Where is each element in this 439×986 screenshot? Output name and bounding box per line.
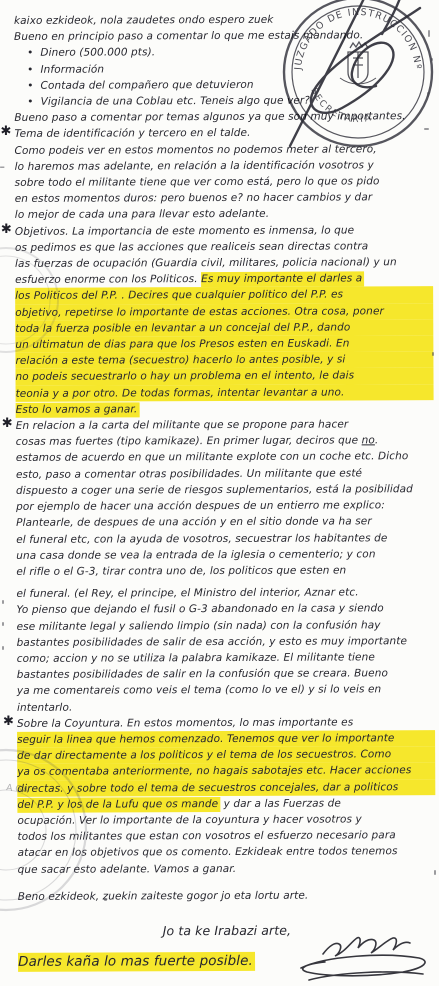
line-segment: relación a este tema (secuestro) hacerlo…	[15, 354, 345, 367]
line-segment: En relacion a la carta del militante que…	[16, 419, 349, 432]
line-segment: Plantearle, de despues de una acción y e…	[16, 516, 372, 530]
line-segment: Vigilancia de una Coblau etc. Teneis alg…	[41, 95, 310, 108]
handwritten-line: el funeral etc, con la ayuda de vosotros…	[16, 530, 434, 548]
handwritten-line: todos los militantes que estan con vosot…	[17, 827, 435, 845]
line-segment: cosas mas fuertes (tipo kamikaze). En pr…	[16, 435, 362, 449]
handwritten-line: un ultimatun de dias para que los Presos…	[15, 335, 433, 353]
handwritten-line: os pedimos es que las acciones que reali…	[15, 238, 433, 256]
star-marker-icon: ✱	[1, 222, 12, 238]
line-segment: directas. y sobre todo el tema de secues…	[17, 781, 398, 795]
bullet-marker-icon: •	[27, 61, 33, 77]
line-segment: .	[375, 435, 379, 447]
line-segment: Dinero (500.000 pts).	[40, 47, 155, 60]
line-segment: de dar directamente a los politicos y el…	[17, 748, 391, 762]
line-segment: toda la fuerza posible en levantar a un …	[15, 321, 350, 334]
handwritten-line: objetivo, repetirse lo importante de est…	[15, 303, 433, 321]
handwritten-line: bastantes posibilidades de salir en la c…	[17, 665, 435, 683]
star-marker-icon: ✱	[3, 714, 14, 730]
line-segment: bastantes posibilidades de salir de esa …	[17, 635, 407, 649]
handwritten-line: las fuerzas de ocupación (Guardia civil,…	[15, 254, 433, 272]
handwritten-line: Esto lo vamos a ganar.	[16, 400, 434, 418]
handwritten-line: seguir la linea que hemos comenzado. Ten…	[17, 730, 435, 748]
handwritten-line: teonia y a por otro. De todas formas, in…	[16, 384, 434, 402]
handwritten-line: dispuesto a coger una serie de riesgos s…	[16, 481, 434, 499]
handwritten-line: •Información	[14, 60, 432, 78]
line-segment: estamos de acuerdo en que un militante e…	[16, 451, 409, 465]
line-segment: Esto lo vamos a ganar.	[16, 402, 140, 418]
bullet-marker-icon: •	[27, 78, 33, 94]
handwritten-line: como; accion y no se utiliza la palabra …	[17, 649, 435, 667]
handwritten-line: relación a este tema (secuestro) hacerlo…	[15, 351, 433, 369]
line-segment: el funeral. (el Rey, el principe, el Min…	[16, 587, 358, 600]
scan-speck	[424, 128, 429, 130]
signature-scribble	[295, 928, 435, 986]
handwritten-line: –lo haremos mas adelante, en relación a …	[15, 157, 433, 175]
scan-speck	[434, 870, 436, 875]
handwritten-line: de dar directamente a los politicos y el…	[17, 746, 435, 764]
scan-speck	[432, 352, 434, 356]
handwritten-line: el funeral. (el Rey, el principe, el Min…	[16, 584, 434, 602]
handwritten-line: directas. y sobre todo el tema de secues…	[17, 779, 435, 797]
line-segment: kaixo ezkideok, nola zaudetes ondo esper…	[14, 14, 274, 27]
handwritten-line: •Dinero (500.000 pts).	[14, 43, 432, 61]
line-segment: no	[362, 435, 375, 447]
handwritten-line: sobre todo el militante tiene que ver co…	[15, 173, 433, 191]
line-segment: esto, paso a comentar otras posibilidade…	[16, 467, 362, 481]
line-segment: ocupación. Ver lo importante de la coyun…	[17, 813, 361, 827]
star-marker-icon: ✱	[0, 124, 11, 140]
line-segment: los Politicos del P.P. . Decires que cua…	[15, 289, 343, 302]
line-segment: Es muy importante el darles a	[201, 272, 364, 288]
line-segment: el funeral etc, con la ayuda de vosotros…	[16, 532, 387, 546]
handwritten-line: lo mejor de cada una para llevar esto ad…	[15, 206, 433, 224]
star-marker-icon: ✱	[2, 416, 13, 432]
line-segment: que sacar esto adelante. Vamos a ganar.	[18, 863, 237, 876]
line-segment: Contada del compañero que detuvieron	[40, 79, 253, 92]
line-segment: ese militante legal y saliendo limpio (s…	[17, 619, 381, 633]
line-segment: dispuesto a coger una serie de riesgos s…	[16, 483, 413, 497]
line-segment: Como podeis ver en estos momentos no pod…	[14, 143, 376, 157]
line-segment: del P.P. y los de la Lufu que os mande	[17, 797, 220, 813]
line-segment: intentarlo.	[17, 701, 73, 713]
handwritten-line: Beno ezkideok, zuekin zaiteste gogor jo …	[18, 887, 436, 905]
line-segment: atacar en los objetivos que os comento. …	[18, 846, 398, 860]
handwritten-line: ya me comentareis como veis el tema (com…	[17, 681, 435, 699]
line-segment: Yo pienso que dejando el fusil o G-3 aba…	[16, 603, 383, 617]
line-segment: Jo ta ke Irabazi arte,	[163, 923, 291, 939]
line-segment: Beno ezkideok, zuekin zaiteste gogor jo …	[18, 889, 309, 902]
handwritten-line: ✱Objetivos. La importancia de este momen…	[15, 222, 433, 240]
line-segment: Tema de identificación y tercero en el t…	[14, 127, 250, 140]
line-segment: por ejemplo de hacer una acción despues …	[16, 499, 385, 513]
line-segment: Objetivos. La importancia de este moment…	[15, 224, 354, 237]
line-segment: como; accion y no se utiliza la palabra …	[17, 651, 375, 665]
line-segment: lo haremos mas adelante, en relación a l…	[15, 159, 374, 173]
handwritten-line: no podeis secuestrarlo o hay un problema…	[15, 368, 433, 386]
line-segment: y dar a las Fuerzas de	[220, 797, 341, 810]
line-segment: esfuerzo enorme con los Politicos.	[15, 273, 201, 286]
line-segment: Bueno paso a comentar por temas algunos …	[14, 110, 405, 124]
scan-speck	[104, 898, 107, 901]
handwritten-line: atacar en los objetivos que os comento. …	[18, 843, 436, 861]
handwritten-line: ocupación. Ver lo importante de la coyun…	[17, 811, 435, 829]
handwritten-line: bastantes posibilidades de salir de esa …	[17, 633, 435, 651]
handwritten-line: los Politicos del P.P. . Decires que cua…	[15, 287, 433, 305]
line-segment: ya me comentareis como veis el tema (com…	[17, 684, 382, 698]
handwritten-line: ya os comentaba anteriormente, no hagais…	[17, 762, 435, 780]
line-segment: sobre todo el militante tiene que ver co…	[15, 175, 380, 189]
handwritten-line: cosas mas fuertes (tipo kamikaze). En pr…	[16, 432, 434, 450]
handwritten-line: que sacar esto adelante. Vamos a ganar.	[18, 860, 436, 878]
line-segment: seguir la linea que hemos comenzado. Ten…	[17, 732, 394, 746]
handwritten-line: una casa donde se vea la entrada de la i…	[16, 546, 434, 564]
handwritten-line: Bueno en principio paso a comentar lo qu…	[14, 27, 432, 45]
handwritten-line: •Vigilancia de una Coblau etc. Teneis al…	[14, 92, 432, 110]
line-segment: Información	[40, 63, 104, 75]
scan-speck	[428, 30, 430, 37]
handwritten-line: toda la fuerza posible en levantar a un …	[15, 319, 433, 337]
bullet-marker-icon: •	[27, 94, 33, 110]
line-segment: todos los militantes que estan con vosot…	[17, 829, 395, 843]
handwritten-line: Como podeis ver en estos momentos no pod…	[14, 141, 432, 159]
line-segment: bastantes posibilidades de salir en la c…	[17, 667, 388, 681]
handwritten-line: kaixo ezkideok, nola zaudetes ondo esper…	[14, 11, 432, 29]
handwritten-line: en estos momentos duros: pero buenos e? …	[15, 189, 433, 207]
line-segment: ya os comentaba anteriormente, no hagais…	[17, 765, 411, 779]
line-segment: un ultimatun de dias para que los Presos…	[15, 338, 349, 351]
scan-speck	[2, 646, 4, 650]
handwritten-line: intentarlo.	[17, 698, 435, 716]
handwritten-line: del P.P. y los de la Lufu que os mande y…	[17, 795, 435, 813]
line-segment: en estos momentos duros: pero buenos e? …	[15, 192, 373, 206]
line-segment: una casa donde se vea la entrada de la i…	[16, 548, 375, 562]
line-segment: Bueno en principio paso a comentar lo qu…	[14, 30, 363, 44]
handwritten-line: ✱En relacion a la carta del militante qu…	[16, 416, 434, 434]
line-segment: lo mejor de cada una para llevar esto ad…	[15, 208, 269, 221]
handwritten-line: por ejemplo de hacer una acción despues …	[16, 497, 434, 515]
handwritten-line: Bueno paso a comentar por temas algunos …	[14, 108, 432, 126]
handwritten-line: ✱Tema de identificación y tercero en el …	[14, 125, 432, 143]
letter-lines: kaixo ezkideok, nola zaudetes ondo esper…	[14, 11, 436, 972]
handwritten-line: esfuerzo enorme con los Politicos. Es mu…	[15, 270, 433, 288]
line-segment: os pedimos es que las acciones que reali…	[15, 240, 368, 254]
line-segment: las fuerzas de ocupación (Guardia civil,…	[15, 256, 397, 270]
handwritten-line: Plantearle, de despues de una acción y e…	[16, 513, 434, 531]
line-segment: el rifle o el G-3, tirar contra uno de, …	[16, 564, 346, 577]
handwritten-line: esto, paso a comentar otras posibilidade…	[16, 465, 434, 483]
handwritten-line: Yo pienso que dejando el fusil o G-3 aba…	[16, 600, 434, 618]
dash-marker-icon: –	[0, 159, 5, 175]
line-segment: no podeis secuestrarlo o hay un problema…	[15, 370, 354, 383]
scan-speck	[2, 622, 4, 626]
scan-speck	[431, 58, 433, 61]
handwritten-line: estamos de acuerdo en que un militante e…	[16, 449, 434, 467]
line-segment: objetivo, repetirse lo importante de est…	[15, 305, 384, 319]
bullet-marker-icon: •	[27, 45, 33, 61]
handwritten-line: •Contada del compañero que detuvieron	[14, 76, 432, 94]
line-segment: teonia y a por otro. De todas formas, in…	[16, 386, 345, 399]
handwritten-line: ✱Sobre la Coyuntura. En estos momentos, …	[17, 714, 435, 732]
line-segment: Sobre la Coyuntura. En estos momentos, l…	[17, 716, 353, 729]
handwritten-line: ese militante legal y saliendo limpio (s…	[17, 617, 435, 635]
scan-speck	[2, 600, 4, 604]
line-segment: Darles kaña lo mas fuerte posible.	[18, 952, 255, 972]
scan-speck	[427, 92, 429, 97]
scanned-letter-page: kaixo ezkideok, nola zaudetes ondo esper…	[0, 0, 439, 986]
handwritten-line: el rifle o el G-3, tirar contra uno de, …	[16, 562, 434, 580]
